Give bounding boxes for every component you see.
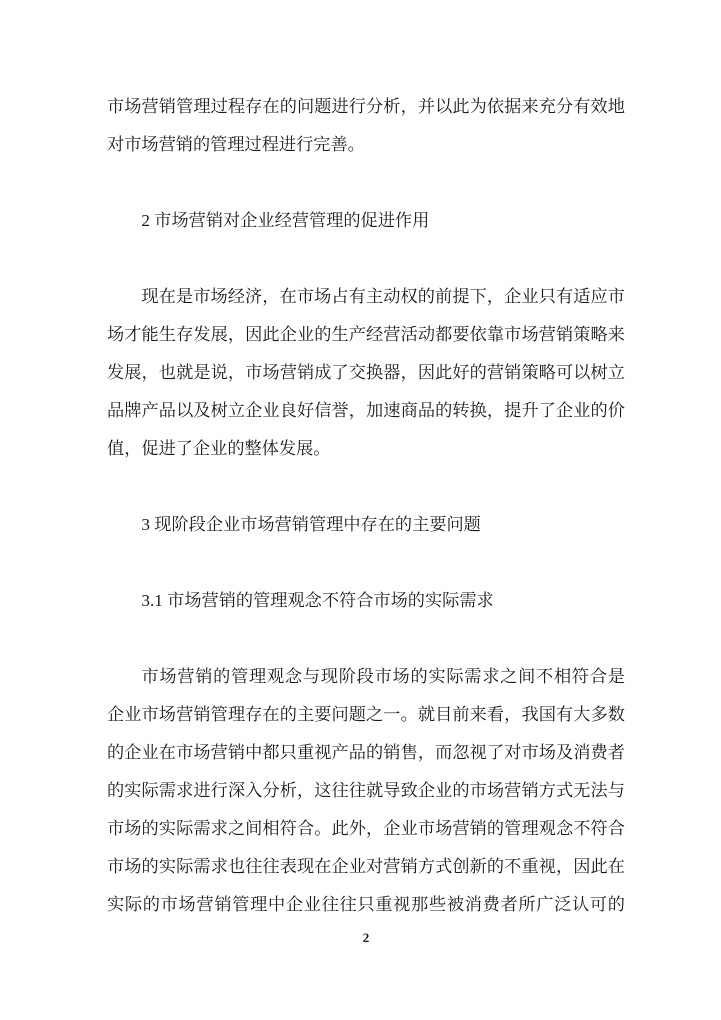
paragraph-section-2: 现在是市场经济，在市场占有主动权的前提下，企业只有适应市 场才能生存发展，因此企… bbox=[107, 278, 625, 468]
text-line: 实际的市场营销管理中企业往往只重视那些被消费者所广泛认可的 bbox=[107, 886, 625, 924]
text-line: 的实际需求进行深入分析，这往往就导致企业的市场营销方式无法与 bbox=[107, 772, 625, 810]
heading-text: 3.1 市场营销的管理观念不符合市场的实际需求 bbox=[107, 582, 625, 620]
heading-text: 2 市场营销对企业经营管理的促进作用 bbox=[107, 202, 625, 240]
text-line: 场才能生存发展，因此企业的生产经营活动都要依靠市场营销策略来 bbox=[107, 316, 625, 354]
section-heading-3-1: 3.1 市场营销的管理观念不符合市场的实际需求 bbox=[107, 582, 625, 620]
text-line: 市场营销的管理观念与现阶段市场的实际需求之间不相符合是 bbox=[107, 658, 625, 696]
text-line: 市场的实际需求也往往表现在企业对营销方式创新的不重视，因此在 bbox=[107, 848, 625, 886]
text-line: 市场营销管理过程存在的问题进行分析，并以此为依据来充分有效地 bbox=[107, 88, 625, 126]
page-number: 2 bbox=[363, 930, 370, 945]
paragraph-continuation: 市场营销管理过程存在的问题进行分析，并以此为依据来充分有效地 对市场营销的管理过… bbox=[107, 88, 625, 164]
section-heading-2: 2 市场营销对企业经营管理的促进作用 bbox=[107, 202, 625, 240]
heading-text: 3 现阶段企业市场营销管理中存在的主要问题 bbox=[107, 506, 625, 544]
text-line: 品牌产品以及树立企业良好信誉，加速商品的转换，提升了企业的价 bbox=[107, 392, 625, 430]
section-heading-3: 3 现阶段企业市场营销管理中存在的主要问题 bbox=[107, 506, 625, 544]
text-line: 对市场营销的管理过程进行完善。 bbox=[107, 126, 625, 164]
text-line: 的企业在市场营销中都只重视产品的销售，而忽视了对市场及消费者 bbox=[107, 734, 625, 772]
document-page: 市场营销管理过程存在的问题进行分析，并以此为依据来充分有效地 对市场营销的管理过… bbox=[0, 0, 721, 1020]
text-line: 现在是市场经济，在市场占有主动权的前提下，企业只有适应市 bbox=[107, 278, 625, 316]
page-footer: 2 bbox=[107, 929, 625, 947]
text-line: 市场的实际需求之间相符合。此外，企业市场营销的管理观念不符合 bbox=[107, 810, 625, 848]
document-content: 市场营销管理过程存在的问题进行分析，并以此为依据来充分有效地 对市场营销的管理过… bbox=[107, 88, 625, 924]
text-line: 发展，也就是说，市场营销成了交换器，因此好的营销策略可以树立 bbox=[107, 354, 625, 392]
text-line: 值，促进了企业的整体发展。 bbox=[107, 430, 625, 468]
text-line: 企业市场营销管理存在的主要问题之一。就目前来看，我国有大多数 bbox=[107, 696, 625, 734]
paragraph-section-3-1: 市场营销的管理观念与现阶段市场的实际需求之间不相符合是 企业市场营销管理存在的主… bbox=[107, 658, 625, 924]
